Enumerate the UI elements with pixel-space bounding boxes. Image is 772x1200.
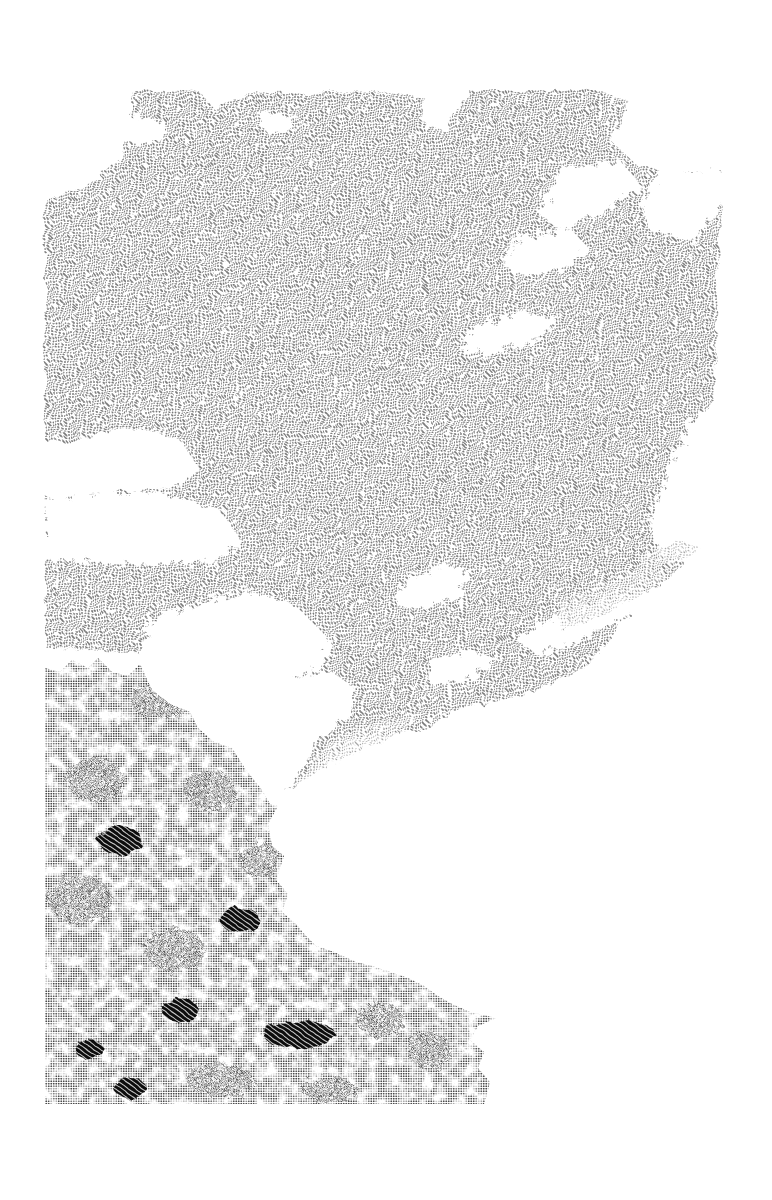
manga-panel [0,0,772,1200]
